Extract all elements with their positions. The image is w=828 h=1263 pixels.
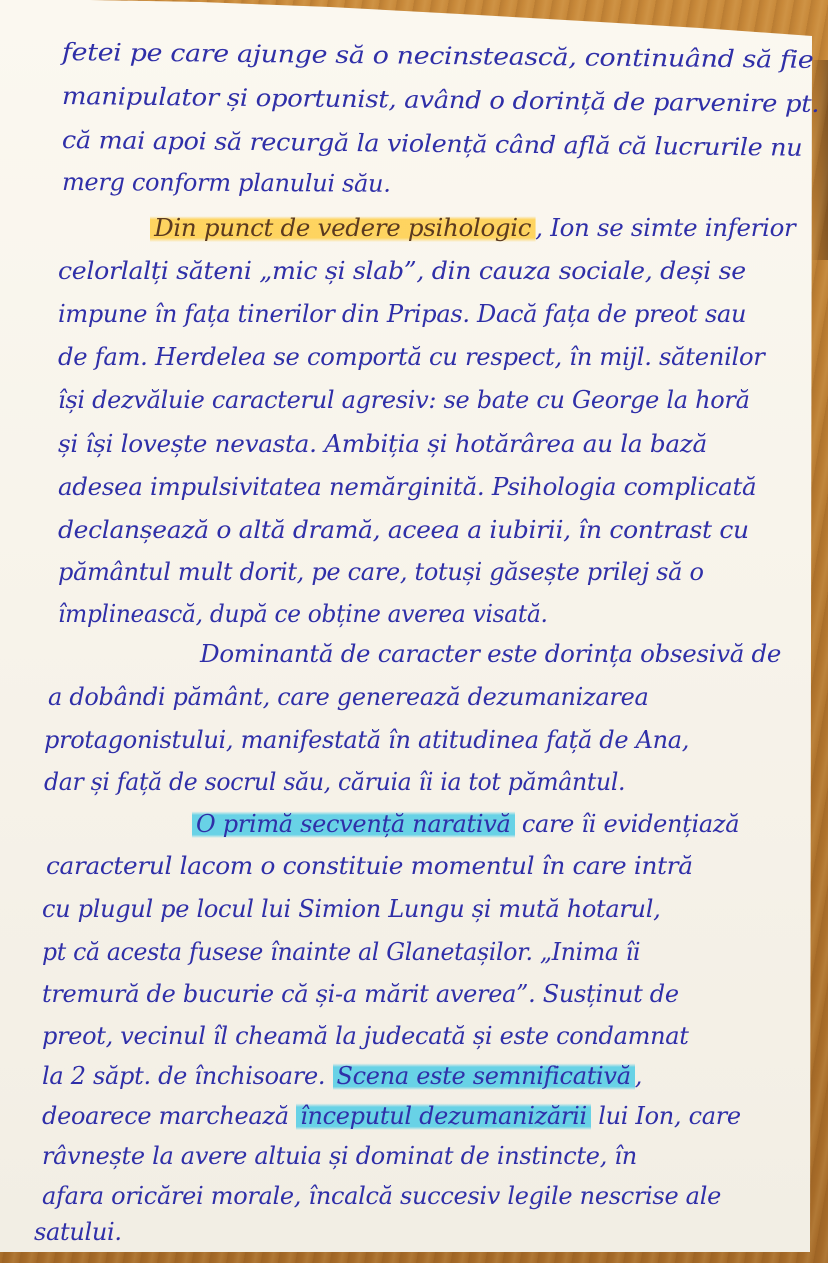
line-text: , Ion se simte inferior [535,214,795,242]
text-line: declanșează o altă dramă, aceea a iubiri… [58,516,749,544]
line-text: declanșează o altă dramă, aceea a iubiri… [58,516,749,544]
text-line: pământul mult dorit, pe care, totuși găs… [58,558,704,586]
line-text: protagonistului, manifestată în atitudin… [44,726,689,754]
text-line: impune în fața tinerilor din Pripas. Dac… [58,300,746,328]
text-line: Dominantă de caracter este dorința obses… [200,640,781,668]
line-text: deoarece marchează [42,1102,296,1130]
text-line: preot, vecinul îl cheamă la judecată și … [42,1022,689,1050]
text-line: tremură de bucurie că și-a mărit averea”… [42,980,679,1008]
text-line: și își lovește nevasta. Ambiția și hotăr… [58,430,707,458]
text-line: își dezvăluie caracterul agresiv: se bat… [58,386,750,414]
text-line: afara oricărei morale, încalcă succesiv … [42,1182,721,1210]
text-line: deoarece marchează începutul dezumanizăr… [42,1102,741,1130]
text-line: celorlalți săteni „mic și slab”, din cau… [58,257,746,285]
line-text: celorlalți săteni „mic și slab”, din cau… [58,257,746,285]
text-line: satului. [34,1218,122,1246]
line-text: dar și față de socrul său, căruia îi ia … [44,768,625,796]
line-text: , [635,1062,642,1090]
text-line: împlinească, după ce obține averea visat… [58,600,548,628]
line-text: satului. [34,1218,122,1246]
text-line: caracterul lacom o constituie momentul î… [46,852,693,880]
highlighted-phrase: Scena este semnificativă [333,1062,635,1090]
text-line: cu plugul pe locul lui Simion Lungu și m… [42,895,660,923]
highlighted-phrase: Din punct de vedere psihologic [150,214,535,242]
text-line: la 2 săpt. de închisoare. Scena este sem… [42,1062,642,1090]
line-text: a dobândi pământ, care generează dezuman… [48,683,649,711]
line-text: de fam. Herdelea se comportă cu respect,… [58,343,765,371]
text-line: adesea impulsivitatea nemărginită. Psiho… [58,473,756,501]
line-text: Dominantă de caracter este dorința obses… [200,640,781,668]
text-line: protagonistului, manifestată în atitudin… [44,726,689,754]
line-text: împlinească, după ce obține averea visat… [58,600,548,628]
line-text: își dezvăluie caracterul agresiv: se bat… [58,386,750,414]
text-line: Din punct de vedere psihologic, Ion se s… [150,214,795,242]
line-text: caracterul lacom o constituie momentul î… [46,852,693,880]
highlighted-phrase: O primă secvență narativă [192,810,515,838]
line-text: adesea impulsivitatea nemărginită. Psiho… [58,473,756,501]
text-line: râvnește la avere altuia și dominat de i… [42,1142,637,1170]
line-text: lui Ion, care [591,1102,741,1130]
text-line: pt că acesta fusese înainte al Glanetași… [42,938,640,966]
line-text: merg conform planului său. [62,168,391,198]
line-text: pământul mult dorit, pe care, totuși găs… [58,558,704,586]
line-text: râvnește la avere altuia și dominat de i… [42,1142,637,1170]
text-line: de fam. Herdelea se comportă cu respect,… [58,343,765,371]
line-text: cu plugul pe locul lui Simion Lungu și m… [42,895,660,923]
line-text: impune în fața tinerilor din Pripas. Dac… [58,300,746,328]
text-line: dar și față de socrul său, căruia îi ia … [44,768,625,796]
text-line: O primă secvență narativă care îi eviden… [192,810,739,838]
line-text: pt că acesta fusese înainte al Glanetași… [42,938,640,966]
line-text: care îi evidențiază [515,810,740,838]
highlighted-phrase: începutul dezumanizării [296,1102,591,1130]
line-text: afara oricărei morale, încalcă succesiv … [42,1182,721,1210]
line-text: la 2 săpt. de închisoare. [42,1062,333,1090]
text-line: merg conform planului său. [62,168,391,198]
line-text: tremură de bucurie că și-a mărit averea”… [42,980,679,1008]
line-text: preot, vecinul îl cheamă la judecată și … [42,1022,689,1050]
line-text: și își lovește nevasta. Ambiția și hotăr… [58,430,707,458]
text-line: a dobândi pământ, care generează dezuman… [48,683,649,711]
